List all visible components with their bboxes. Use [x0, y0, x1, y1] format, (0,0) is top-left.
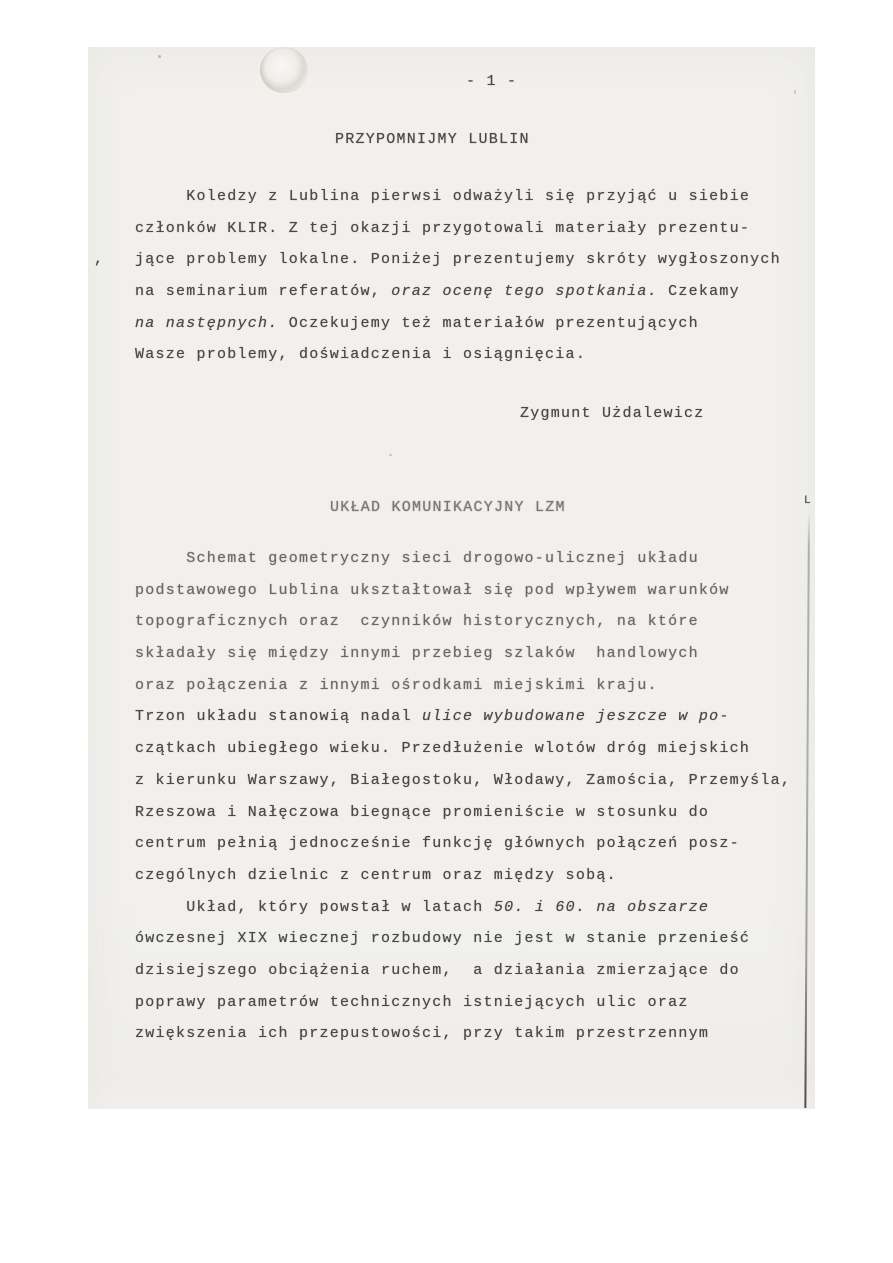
text-line: dzisiejszego obciążenia ruchem, a działa… [135, 955, 791, 987]
scanned-page: - 1 - PRZYPOMNIJMY LUBLIN Koledzy z Lubl… [88, 47, 815, 1109]
text-line: Trzon układu stanowią nadal ulice wybudo… [135, 701, 791, 733]
text-line: Wasze problemy, doświadczenia i osiągnię… [135, 339, 781, 371]
scanned-document-view: - 1 - PRZYPOMNIJMY LUBLIN Koledzy z Lubl… [0, 0, 893, 1263]
text-line: na następnych. Oczekujemy też materiałów… [135, 308, 781, 340]
text-line: Koledzy z Lublina pierwsi odważyli się p… [135, 181, 781, 213]
scan-stain-mark [260, 47, 308, 93]
text-line: na seminarium referatów, oraz ocenę tego… [135, 276, 781, 308]
text-line: Schemat geometryczny sieci drogowo-ulicz… [135, 543, 791, 575]
text-line: składały się między innymi przebieg szla… [135, 638, 791, 670]
article1-signature: Zygmunt Użdalewicz [520, 405, 705, 422]
page-edge-corner-mark: L [804, 495, 811, 507]
scan-speck [794, 90, 796, 94]
page-edge-line [804, 512, 809, 1108]
text-line: czątkach ubiegłego wieku. Przedłużenie w… [135, 733, 791, 765]
text-line: członków KLIR. Z tej okazji przygotowali… [135, 213, 781, 245]
text-line: zwiększenia ich przepustowości, przy tak… [135, 1018, 791, 1050]
text-line: jące problemy lokalne. Poniżej prezentuj… [135, 244, 781, 276]
scan-speck [389, 454, 392, 456]
text-line: ówczesnej XIX wiecznej rozbudowy nie jes… [135, 923, 791, 955]
text-line: Rzeszowa i Nałęczowa biegnące promieniśc… [135, 797, 791, 829]
text-line: Układ, który powstał w latach 50. i 60. … [135, 892, 791, 924]
page-number: - 1 - [466, 73, 517, 90]
text-line: centrum pełnią jednocześnie funkcję głów… [135, 828, 791, 860]
article1-paragraph: Koledzy z Lublina pierwsi odważyli się p… [135, 181, 781, 371]
text-line: poprawy parametrów technicznych istnieją… [135, 987, 791, 1019]
text-line: czególnych dzielnic z centrum oraz międz… [135, 860, 791, 892]
article2-paragraph: Schemat geometryczny sieci drogowo-ulicz… [135, 543, 791, 1050]
article2-title: UKŁAD KOMUNIKACYJNY LZM [330, 499, 566, 516]
scan-speck [158, 55, 161, 58]
margin-stray-mark: , [94, 251, 104, 268]
text-line: topograficznych oraz czynników historycz… [135, 606, 791, 638]
text-line: oraz połączenia z innymi ośrodkami miejs… [135, 670, 791, 702]
text-line: z kierunku Warszawy, Białegostoku, Włoda… [135, 765, 791, 797]
text-line: podstawowego Lublina ukształtował się po… [135, 575, 791, 607]
article1-title: PRZYPOMNIJMY LUBLIN [335, 131, 530, 148]
